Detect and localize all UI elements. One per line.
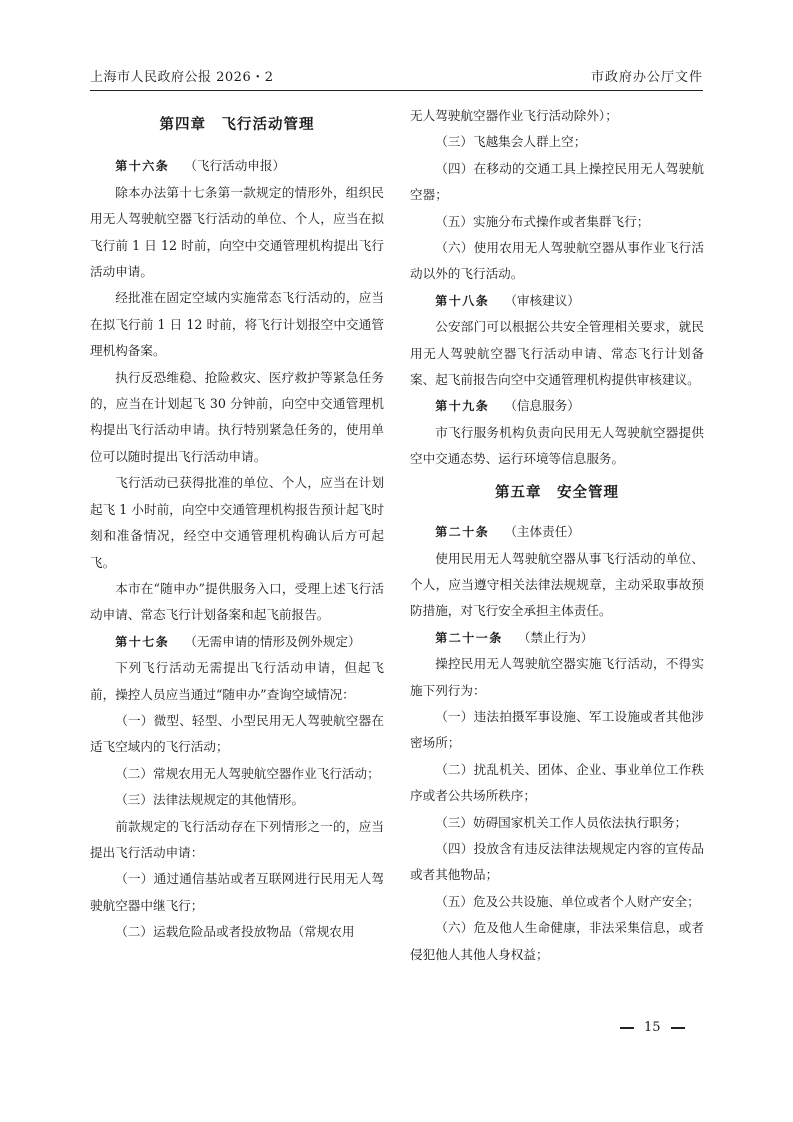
journal-title: 上海市人民政府公报 2026・2 [90, 66, 274, 85]
paragraph: 飞行活动已获得批准的单位、个人，应当在计划起飞 1 小时前，向空中交通管理机构报… [90, 470, 384, 576]
running-header: 上海市人民政府公报 2026・2 市政府办公厅文件 [90, 66, 703, 90]
list-item: （五）危及公共设施、单位或者个人财产安全； [410, 889, 704, 915]
list-item: （一）违法拍摄军事设施、军工设施或者其他涉密场所； [410, 704, 704, 757]
article-title: （无需申请的情形及例外规定） [184, 634, 360, 649]
page-number: 15 [620, 1020, 685, 1035]
paragraph: 操控民用无人驾驶航空器实施飞行活动，不得实施下列行为： [410, 651, 704, 704]
article-title: （主体责任） [504, 524, 580, 539]
article-title: （禁止行为） [518, 630, 594, 645]
article-number: 第十七条 [115, 635, 169, 649]
article-number: 第十九条 [435, 399, 489, 413]
list-item: （一）微型、轻型、小型民用无人驾驶航空器在适飞空域内的飞行活动； [90, 708, 384, 761]
header-rule [90, 90, 703, 91]
list-item: （六）使用农用无人驾驶航空器从事作业飞行活动以外的飞行活动。 [410, 235, 704, 288]
article-heading: 第十九条（信息服务） [410, 393, 704, 419]
article-title: （信息服务） [504, 398, 580, 413]
article-title: （审核建议） [504, 293, 580, 308]
article-heading: 第十七条（无需申请的情形及例外规定） [90, 629, 384, 655]
article-heading: 第二十一条（禁止行为） [410, 625, 704, 651]
left-column: 第四章 飞行活动管理 第十六条（飞行活动申报） 除本办法第十七条第一款规定的情形… [90, 103, 384, 946]
list-item: （二）运载危险品或者投放物品（常规农用 [90, 919, 384, 945]
paragraph: 执行反恐维稳、抢险救灾、医疗救护等紧急任务的，应当在计划起飞 30 分钟前，向空… [90, 365, 384, 471]
list-item: （三）飞越集会人群上空； [410, 129, 704, 155]
chapter-title: 第五章 安全管理 [410, 473, 704, 519]
list-item: （四）投放含有违反法律法规规定内容的宣传品或者其他物品； [410, 836, 704, 889]
list-item: （六）危及他人生命健康，非法采集信息，或者侵犯他人其他人身权益； [410, 915, 704, 968]
list-item: （一）通过通信基站或者互联网进行民用无人驾驶航空器中继飞行； [90, 866, 384, 919]
paragraph: 除本办法第十七条第一款规定的情形外，组织民用无人驾驶航空器飞行活动的单位、个人，… [90, 180, 384, 286]
page-number-value: 15 [644, 1020, 661, 1035]
article-heading: 第十八条（审核建议） [410, 288, 704, 314]
list-item: （四）在移动的交通工具上操控民用无人驾驶航空器； [410, 156, 704, 209]
article-number: 第二十一条 [435, 631, 503, 645]
dash-decoration [620, 1027, 634, 1029]
chapter-title: 第四章 飞行活动管理 [90, 103, 384, 153]
list-item: （三）法律法规规定的其他情形。 [90, 787, 384, 813]
list-item: （二）扰乱机关、团体、企业、事业单位工作秩序或者公共场所秩序； [410, 757, 704, 810]
paragraph: 公安部门可以根据公共安全管理相关要求，就民用无人驾驶航空器飞行活动申请、常态飞行… [410, 314, 704, 393]
article-number: 第十八条 [435, 294, 489, 308]
article-number: 第二十条 [435, 525, 489, 539]
list-item: （二）常规农用无人驾驶航空器作业飞行活动； [90, 761, 384, 787]
section-title: 市政府办公厅文件 [591, 66, 703, 85]
paragraph: 本市在“随申办”提供服务入口，受理上述飞行活动申请、常态飞行计划备案和起飞前报告… [90, 576, 384, 629]
right-column: 无人驾驶航空器作业飞行活动除外）； （三）飞越集会人群上空； （四）在移动的交通… [410, 103, 704, 968]
list-item: （三）妨碍国家机关工作人员依法执行职务； [410, 810, 704, 836]
article-title: （飞行活动申报） [184, 158, 285, 173]
paragraph: 经批准在固定空域内实施常态飞行活动的，应当在拟飞行前 1 日 12 时前，将飞行… [90, 285, 384, 364]
paragraph: 下列飞行活动无需提出飞行活动申请，但起飞前，操控人员应当通过“随申办”查询空域情… [90, 655, 384, 708]
paragraph: 前款规定的飞行活动存在下列情形之一的，应当提出飞行活动申请： [90, 814, 384, 867]
article-number: 第十六条 [115, 159, 169, 173]
article-heading: 第二十条（主体责任） [410, 519, 704, 545]
article-heading: 第十六条（飞行活动申报） [90, 153, 384, 179]
paragraph: 市飞行服务机构负责向民用无人驾驶航空器提供空中交通态势、运行环境等信息服务。 [410, 420, 704, 473]
paragraph: 使用民用无人驾驶航空器从事飞行活动的单位、个人，应当遵守相关法律法规规章，主动采… [410, 546, 704, 625]
list-item: （五）实施分布式操作或者集群飞行； [410, 209, 704, 235]
list-item-continuation: 无人驾驶航空器作业飞行活动除外）； [410, 103, 704, 129]
dash-decoration [671, 1027, 685, 1029]
